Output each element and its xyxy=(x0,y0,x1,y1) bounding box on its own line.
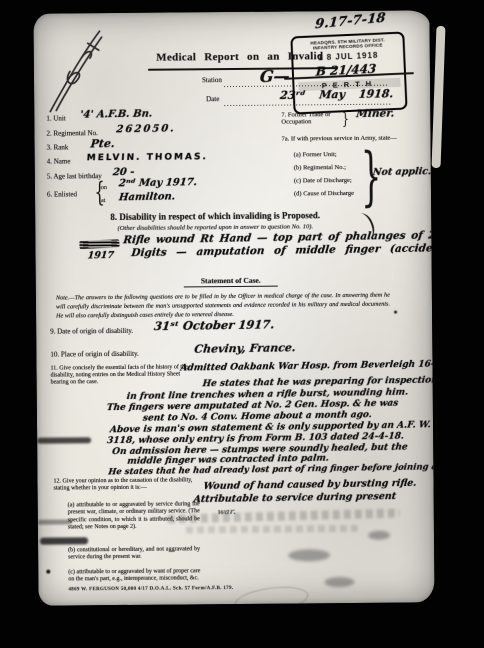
enlisted-on-value: 2ⁿᵈ May 1917. xyxy=(118,177,197,189)
previous-service-label: 7a. If with previous service in Army, st… xyxy=(281,134,423,142)
q12-option-c: (c) attributable to or aggravated by wan… xyxy=(68,568,200,584)
field-age-value: 20 - xyxy=(112,167,135,178)
enlisted-on-label: on xyxy=(101,185,107,191)
q12-answer-line2: Attributable to service during present xyxy=(193,491,397,505)
ink-blot xyxy=(368,531,390,540)
service-item-b: (b) Regimental No.; xyxy=(294,164,346,171)
struck-word-scribble xyxy=(79,239,119,249)
document-page: 9.17-7-18 Medical Report on an Invalid S… xyxy=(33,10,434,605)
scanned-document-photo: 9.17-7-18 Medical Report on an Invalid S… xyxy=(0,0,484,648)
service-item-d: (d) Cause of Discharge xyxy=(294,190,354,198)
diagonal-scrawl-annotation xyxy=(42,23,109,120)
field-unit-label: 1. Unit xyxy=(46,114,66,122)
margin-smudge xyxy=(38,519,72,524)
margin-smudge xyxy=(40,537,88,544)
q11-answer-line: Admitted Oakbank War Hosp. from Beverlei… xyxy=(180,359,435,373)
date-label: Date xyxy=(206,95,219,103)
service-item-c: (c) Date of Discharge; xyxy=(294,177,352,185)
field-unit-value: '4' A.F.B. Bn. xyxy=(80,108,153,120)
field-rank-value: Pte. xyxy=(90,137,116,150)
q12-option-b: (b) constitutional or hereditary, and no… xyxy=(68,546,200,562)
trade-brace: } xyxy=(342,111,349,127)
station-label: Station xyxy=(202,76,222,84)
field-name-value: MELVIN. THOMAS. xyxy=(86,152,208,163)
section8-heading: 8. Disability in respect of which invali… xyxy=(83,210,347,222)
enlisted-at-value: Hamilton. xyxy=(118,191,175,203)
stamp-location: PERTH xyxy=(298,78,400,91)
q12-answer-line1: Wound of hand caused by bursting rifle. xyxy=(203,478,417,492)
docket-number-annotation: 9.17-7-18 xyxy=(315,11,387,33)
section8-year-note: 1917 xyxy=(87,250,115,261)
field-enlisted-label: 6. Enlisted xyxy=(47,190,77,198)
ink-blot xyxy=(324,577,354,587)
statement-note: Note.—The answers to the following quest… xyxy=(56,291,390,322)
field-regimental-label: 2. Regimental No. xyxy=(46,129,97,137)
q10-value-handwritten: Cheviny, France. xyxy=(194,341,297,356)
speck xyxy=(394,311,397,314)
stamp-date: 1 8 JUL 1918 xyxy=(297,50,399,63)
station-value-handwritten: G— xyxy=(259,66,291,85)
q12-label: 12. Give your opinion as to the causatio… xyxy=(53,477,201,493)
q10-label: 10. Place of origin of disability. xyxy=(50,350,138,359)
pencil-annotation-smudge xyxy=(186,525,358,534)
field-name-label: 4. Name xyxy=(47,157,71,165)
q9-label: 9. Date of origin of disability. xyxy=(50,327,133,336)
service-item-a: (a) Former Unit; xyxy=(294,151,337,158)
q11-label: 11. Give concisely the essential facts o… xyxy=(50,364,196,387)
margin-smudge xyxy=(37,437,91,443)
q9-value-handwritten: 31ˢᵗ October 1917. xyxy=(153,317,275,333)
enlisted-at-label: at xyxy=(101,198,105,204)
field-rank-label: 3. Rank xyxy=(47,143,69,151)
pencil-annotation-smudge xyxy=(168,509,400,524)
ink-blot xyxy=(288,549,330,561)
field-regimental-value: 262050. xyxy=(116,123,176,135)
statement-heading: Statement of Case. xyxy=(184,276,278,288)
previous-service-value: Not applic. xyxy=(372,166,432,178)
page-edge-sliver xyxy=(432,26,446,168)
speck xyxy=(46,570,50,574)
